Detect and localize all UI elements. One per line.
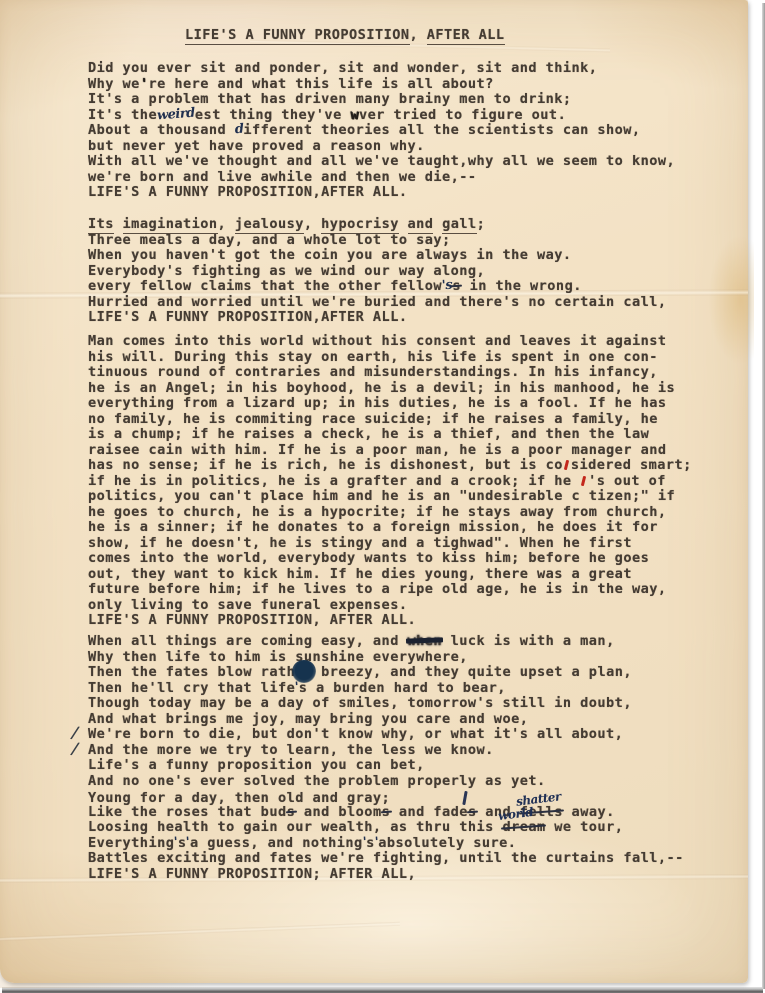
ink-blot: er <box>295 664 312 680</box>
scanned-page-frame: LIFE'S A FUNNY PROPOSITION, AFTER ALL Di… <box>0 0 765 993</box>
typed-text: With all we've thought and all we've tau… <box>88 153 675 169</box>
typed-text: in the wrong. <box>461 278 582 294</box>
typed-text: LIFE'S A FUNNY PROPOSITION; AFTER ALL, <box>88 866 416 882</box>
ink-struck-word: s <box>287 804 296 820</box>
poem-line: but never yet have proved a reason why. <box>88 138 675 154</box>
poem-line: has no sense; if he is rich, he is disho… <box>88 457 692 473</box>
poem-line: LIFE'S A FUNNY PROPOSITION,AFTER ALL. <box>88 309 667 325</box>
typed-text: ver tried to figure out. <box>359 107 566 123</box>
typed-text: And what brings me joy, may bring you ca… <box>88 711 528 727</box>
typed-text <box>399 216 408 232</box>
poem-line: About a thousand different theories all … <box>88 122 675 138</box>
typed-text: re here and what this life is all about? <box>148 76 493 92</box>
typed-text: Everybody's fighting as we wind our way … <box>88 263 485 279</box>
poem-line: It's theweirdest thing they've wver trie… <box>88 107 675 123</box>
stanza-4: When all things are coming easy, and whe… <box>88 633 684 881</box>
red-ink-mark <box>564 460 569 470</box>
typed-text: no family, he is commiting race suicide;… <box>88 411 658 427</box>
typed-text: LIFE'S A FUNNY PROPOSITION, AFTER ALL. <box>88 612 416 628</box>
typed-text: raisee cain with him. If he is a poor ma… <box>88 442 667 458</box>
typed-text: sidered smart; <box>571 457 692 473</box>
poem-line: his will. During this stay on earth, his… <box>88 349 692 365</box>
paper-sheet: LIFE'S A FUNNY PROPOSITION, AFTER ALL Di… <box>0 0 748 983</box>
poem-line: tinuous round of contraries and misunder… <box>88 364 692 380</box>
poem-line: It's a problem that has driven many brai… <box>88 91 675 107</box>
typed-text: We're born to die, but don't know why, o… <box>88 726 623 742</box>
typed-text: a guess, and nothing <box>190 835 363 851</box>
poem-line: we're born and live awhile and then we d… <box>88 169 675 185</box>
typed-text: Like the roses that bud <box>88 804 287 820</box>
typed-text: When all things are coming easy, and <box>88 633 407 649</box>
poem-line: he goes to church, he is a hypocrite; if… <box>88 504 692 520</box>
poem-line: Like the roses that buds and blooms and … <box>88 804 684 820</box>
typed-text: is a chump; if he raises a check, he is … <box>88 426 649 442</box>
typed-text: LIFE'S A FUNNY PROPOSITION,AFTER ALL. <box>88 184 407 200</box>
poem-line: everything from a lizard up; in his duti… <box>88 395 692 411</box>
typed-text: Though today may be a day of smiles, tom… <box>88 695 632 711</box>
poem-line: Though today may be a day of smiles, tom… <box>88 695 684 711</box>
typed-text: out, they want to kick him. If he dies y… <box>88 566 632 582</box>
typed-text: Then the fates blow rath <box>88 664 295 680</box>
typed-text: and fade <box>390 804 468 820</box>
poem-line: politics, you can't place him and he is … <box>88 488 692 504</box>
typed-text: tinuous round of contraries and misunder… <box>88 364 658 380</box>
poem-line: Then he'll cry that life's a burden hard… <box>88 680 684 696</box>
margin-slash-mark: / <box>71 738 79 758</box>
paragraph-3: Man comes into this world without his co… <box>88 333 692 628</box>
typed-text: Hurried and worried until we're buried a… <box>88 294 667 310</box>
typed-text: we tour, <box>546 819 624 835</box>
typed-text: away. <box>563 804 615 820</box>
typed-text: Three meals a day, and a whole lot to sa… <box>88 232 451 248</box>
typed-text: ifferent theories all the scientists can… <box>243 122 640 138</box>
typed-text: has no sense; if he is rich, he is disho… <box>88 457 563 473</box>
poem-line: /And the more we try to learn, the less … <box>88 742 684 758</box>
typed-text: LIFE'S A FUNNY PROPOSITION,AFTER ALL. <box>88 309 407 325</box>
typed-text: Why we <box>88 76 140 92</box>
poem-line: When all things are coming easy, and whe… <box>88 633 684 649</box>
typed-text <box>114 216 123 232</box>
title-text: LIFE'S A FUNNY PROPOSITION <box>185 27 410 45</box>
typed-text: his will. During this stay on earth, his… <box>88 349 658 365</box>
typed-text: About a thousand <box>88 122 235 138</box>
typed-text: Everything <box>88 835 174 851</box>
poem-line: only living to save funeral expenses. <box>88 597 692 613</box>
typed-text: comes into the world, everybody wants to… <box>88 550 649 566</box>
typed-text <box>433 216 442 232</box>
typed-text: he is an Angel; in his boyhood, he is a … <box>88 380 675 396</box>
poem-line: And what brings me joy, may bring you ca… <box>88 711 684 727</box>
poem-line: he is an Angel; in his boyhood, he is a … <box>88 380 692 396</box>
ink-struck-word: dreamworld <box>502 819 545 835</box>
handwritten-correction: world <box>498 805 535 823</box>
poem-line: Did you ever sit and ponder, sit and won… <box>88 60 675 76</box>
poem-line: comes into the world, everybody wants to… <box>88 550 692 566</box>
red-ink-mark <box>581 475 586 485</box>
typed-text: breezy, and they quite upset a plan, <box>313 664 632 680</box>
typed-text: And no one's ever solved the problem pro… <box>88 773 546 789</box>
poem-line: With all we've thought and all we've tau… <box>88 153 675 169</box>
poem-line: he is a sinner; if he donates to a forei… <box>88 519 692 535</box>
poem-line: Battles exciting and fates we're fightin… <box>88 850 684 866</box>
stanza-2: Its imagination, jealousy, hypocrisy and… <box>88 216 667 325</box>
typed-text: est thing they've <box>195 107 350 123</box>
typed-text: politics, you can't place him and he is … <box>88 488 675 504</box>
typed-text: s <box>366 835 375 851</box>
typed-text: he is a sinner; if he donates to a forei… <box>88 519 658 535</box>
poem-line: Three meals a day, and a whole lot to sa… <box>88 232 667 248</box>
typed-text: absolutely sure. <box>378 835 516 851</box>
poem-line: LIFE'S A FUNNY PROPOSITION; AFTER ALL, <box>88 866 684 882</box>
typed-text: s a burden hard to bear, <box>299 680 506 696</box>
handwritten-ink-mark: d <box>234 122 244 138</box>
poem-line: every fellow claims that the other fello… <box>88 278 667 294</box>
poem-line: Everything's'a guess, and nothing's'abso… <box>88 835 684 851</box>
poem-line: future before him; if he lives to a ripe… <box>88 581 692 597</box>
typed-text: we're born and live awhile and then we d… <box>88 169 477 185</box>
typed-text: It's a problem that has driven many brai… <box>88 91 572 107</box>
typed-text: every fellow claims that the other fello… <box>88 278 442 294</box>
poem-line: Then the fates blow rather breezy, and t… <box>88 664 684 680</box>
poem-line: Its imagination, jealousy, hypocrisy and… <box>88 216 667 232</box>
typed-text: Life's a funny proposition you can bet, <box>88 757 425 773</box>
overstruck-character: w <box>350 107 359 123</box>
typed-text: if he is in politics, he is a grafter an… <box>88 473 580 489</box>
typed-text: luck is with a man, <box>442 633 615 649</box>
poem-line: When you haven't got the coin you are al… <box>88 247 667 263</box>
typed-text: ; <box>477 216 486 232</box>
ink-struck-word: s <box>452 278 461 294</box>
handwritten-ink-mark: ' <box>374 834 379 849</box>
poem-line: Why then life to him is sunshine everywh… <box>88 649 684 665</box>
title-separator: , <box>410 27 427 43</box>
ink-struck-word: s <box>468 804 477 820</box>
typed-text: , <box>218 216 235 232</box>
handwritten-ink-mark: weird <box>157 105 196 123</box>
typed-text: Why then life to him is sunshine everywh… <box>88 649 468 665</box>
poem-line: Loosing health to gain our wealth, as th… <box>88 819 684 835</box>
title-text: AFTER ALL <box>427 27 505 45</box>
poem-line: /We're born to die, but don't know why, … <box>88 726 684 742</box>
typed-text: It's the <box>88 107 157 123</box>
typed-text: Then he'll cry that life <box>88 680 295 696</box>
typed-text: , <box>304 216 321 232</box>
stanza-1: Did you ever sit and ponder, sit and won… <box>88 60 675 200</box>
typed-text: Loosing health to gain our wealth, as th… <box>88 819 502 835</box>
poem-line: raisee cain with him. If he is a poor ma… <box>88 442 692 458</box>
typed-text: Battles exciting and fates we're fightin… <box>88 850 684 866</box>
poem-line: out, they want to kick him. If he dies y… <box>88 566 692 582</box>
typed-text: he goes to church, he is a hypocrite; if… <box>88 504 667 520</box>
poem-line: is a chump; if he raises a check, he is … <box>88 426 692 442</box>
poem-line: show, if he doesn't, he is stingy and a … <box>88 535 692 551</box>
paper-stain <box>708 235 754 365</box>
typed-text: When you haven't got the coin you are al… <box>88 247 572 263</box>
ink-struck-word: s <box>382 804 391 820</box>
poem-line: Hurried and worried until we're buried a… <box>88 294 667 310</box>
typed-text: everything from a lizard up; in his duti… <box>88 395 667 411</box>
document-title: LIFE'S A FUNNY PROPOSITION, AFTER ALL <box>185 27 505 43</box>
poem-line: Why we're here and what this life is all… <box>88 76 675 92</box>
typed-text: 's out of <box>588 473 666 489</box>
fold-crease <box>0 922 400 943</box>
typed-text: only living to save funeral expenses. <box>88 597 407 613</box>
typed-text: show, if he doesn't, he is stingy and a … <box>88 535 632 551</box>
poem-line: And no one's ever solved the problem pro… <box>88 773 684 789</box>
handwritten-ink-mark: ' <box>362 834 367 849</box>
typed-text: future before him; if he lives to a ripe… <box>88 581 667 597</box>
ink-struck-word: when <box>407 633 442 649</box>
typed-text: And the more we try to learn, the less w… <box>88 742 494 758</box>
typed-text: and bloom <box>295 804 381 820</box>
typed-text: but never yet have proved a reason why. <box>88 138 425 154</box>
poem-line: Man comes into this world without his co… <box>88 333 692 349</box>
typed-text: Did you ever sit and ponder, sit and won… <box>88 60 597 76</box>
poem-line: LIFE'S A FUNNY PROPOSITION,AFTER ALL. <box>88 184 675 200</box>
poem-line: LIFE'S A FUNNY PROPOSITION, AFTER ALL. <box>88 612 692 628</box>
poem-line: no family, he is commiting race suicide;… <box>88 411 692 427</box>
typed-text: Man comes into this world without his co… <box>88 333 667 349</box>
poem-line: Everybody's fighting as we wind our way … <box>88 263 667 279</box>
poem-line: Young for a day, then old and gray; <box>88 788 684 804</box>
poem-line: if he is in politics, he is a grafter an… <box>88 473 692 489</box>
poem-line: Life's a funny proposition you can bet, <box>88 757 684 773</box>
